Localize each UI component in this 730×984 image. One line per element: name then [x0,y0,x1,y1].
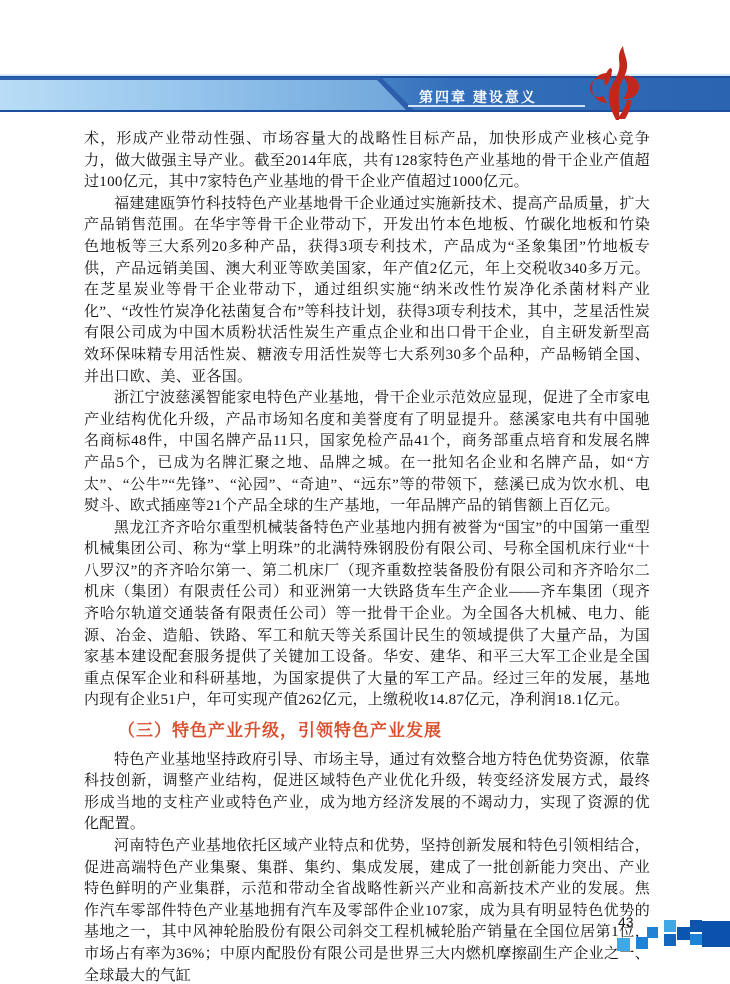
mosaic-square [690,920,702,932]
section-heading: （三）特色产业升级，引领特色产业发展 [118,720,650,742]
mosaic-square [702,921,730,947]
mosaic-square [636,937,648,949]
page: 第四章 建设意义 术，形成产业带动性强、市场容量大的战略性目标产品，加快形成产业… [0,0,730,984]
torch-logo-icon [583,46,647,120]
body-paragraph: 特色产业基地坚持政府引导、市场主导，通过有效整合地方特色优势资源，依靠科技创新，… [84,750,650,836]
title-underline [408,105,585,107]
mosaic-square [647,927,658,938]
chapter-title: 第四章 建设意义 [419,87,537,107]
mosaic-square [617,938,630,951]
mosaic-square [664,920,676,932]
body-paragraph: 河南特色产业基地依托区域产业特点和优势，坚持创新发展和特色引领相结合，促进高端特… [84,836,650,984]
body-paragraph: 术，形成产业带动性强、市场容量大的战略性目标产品，加快形成产业核心竞争力，做大做… [84,129,650,194]
mosaic-square [664,934,676,946]
header-light-panel [0,80,408,110]
paragraph-group-top: 术，形成产业带动性强、市场容量大的战略性目标产品，加快形成产业核心竞争力，做大做… [84,129,650,712]
body-paragraph: 浙江宁波慈溪智能家电特色产业基地，骨干企业示范效应显现，促进了全市家电产业结构优… [84,388,650,518]
page-body: 术，形成产业带动性强、市场容量大的战略性目标产品，加快形成产业核心竞争力，做大做… [84,129,650,984]
body-paragraph: 福建建瓯笋竹科技特色产业基地骨干企业通过实施新技术、提高产品质量，扩大产品销售范… [84,194,650,388]
body-paragraph: 黑龙江齐齐哈尔重型机械装备特色产业基地内拥有被誉为“国宝”的中国第一重型机械集团… [84,518,650,712]
mosaic-square [677,927,690,940]
pixel-mosaic-decoration [610,915,730,955]
paragraph-group-bottom: 特色产业基地坚持政府引导、市场主导，通过有效整合地方特色优势资源，依靠科技创新，… [84,750,650,984]
mosaic-square [690,934,702,945]
